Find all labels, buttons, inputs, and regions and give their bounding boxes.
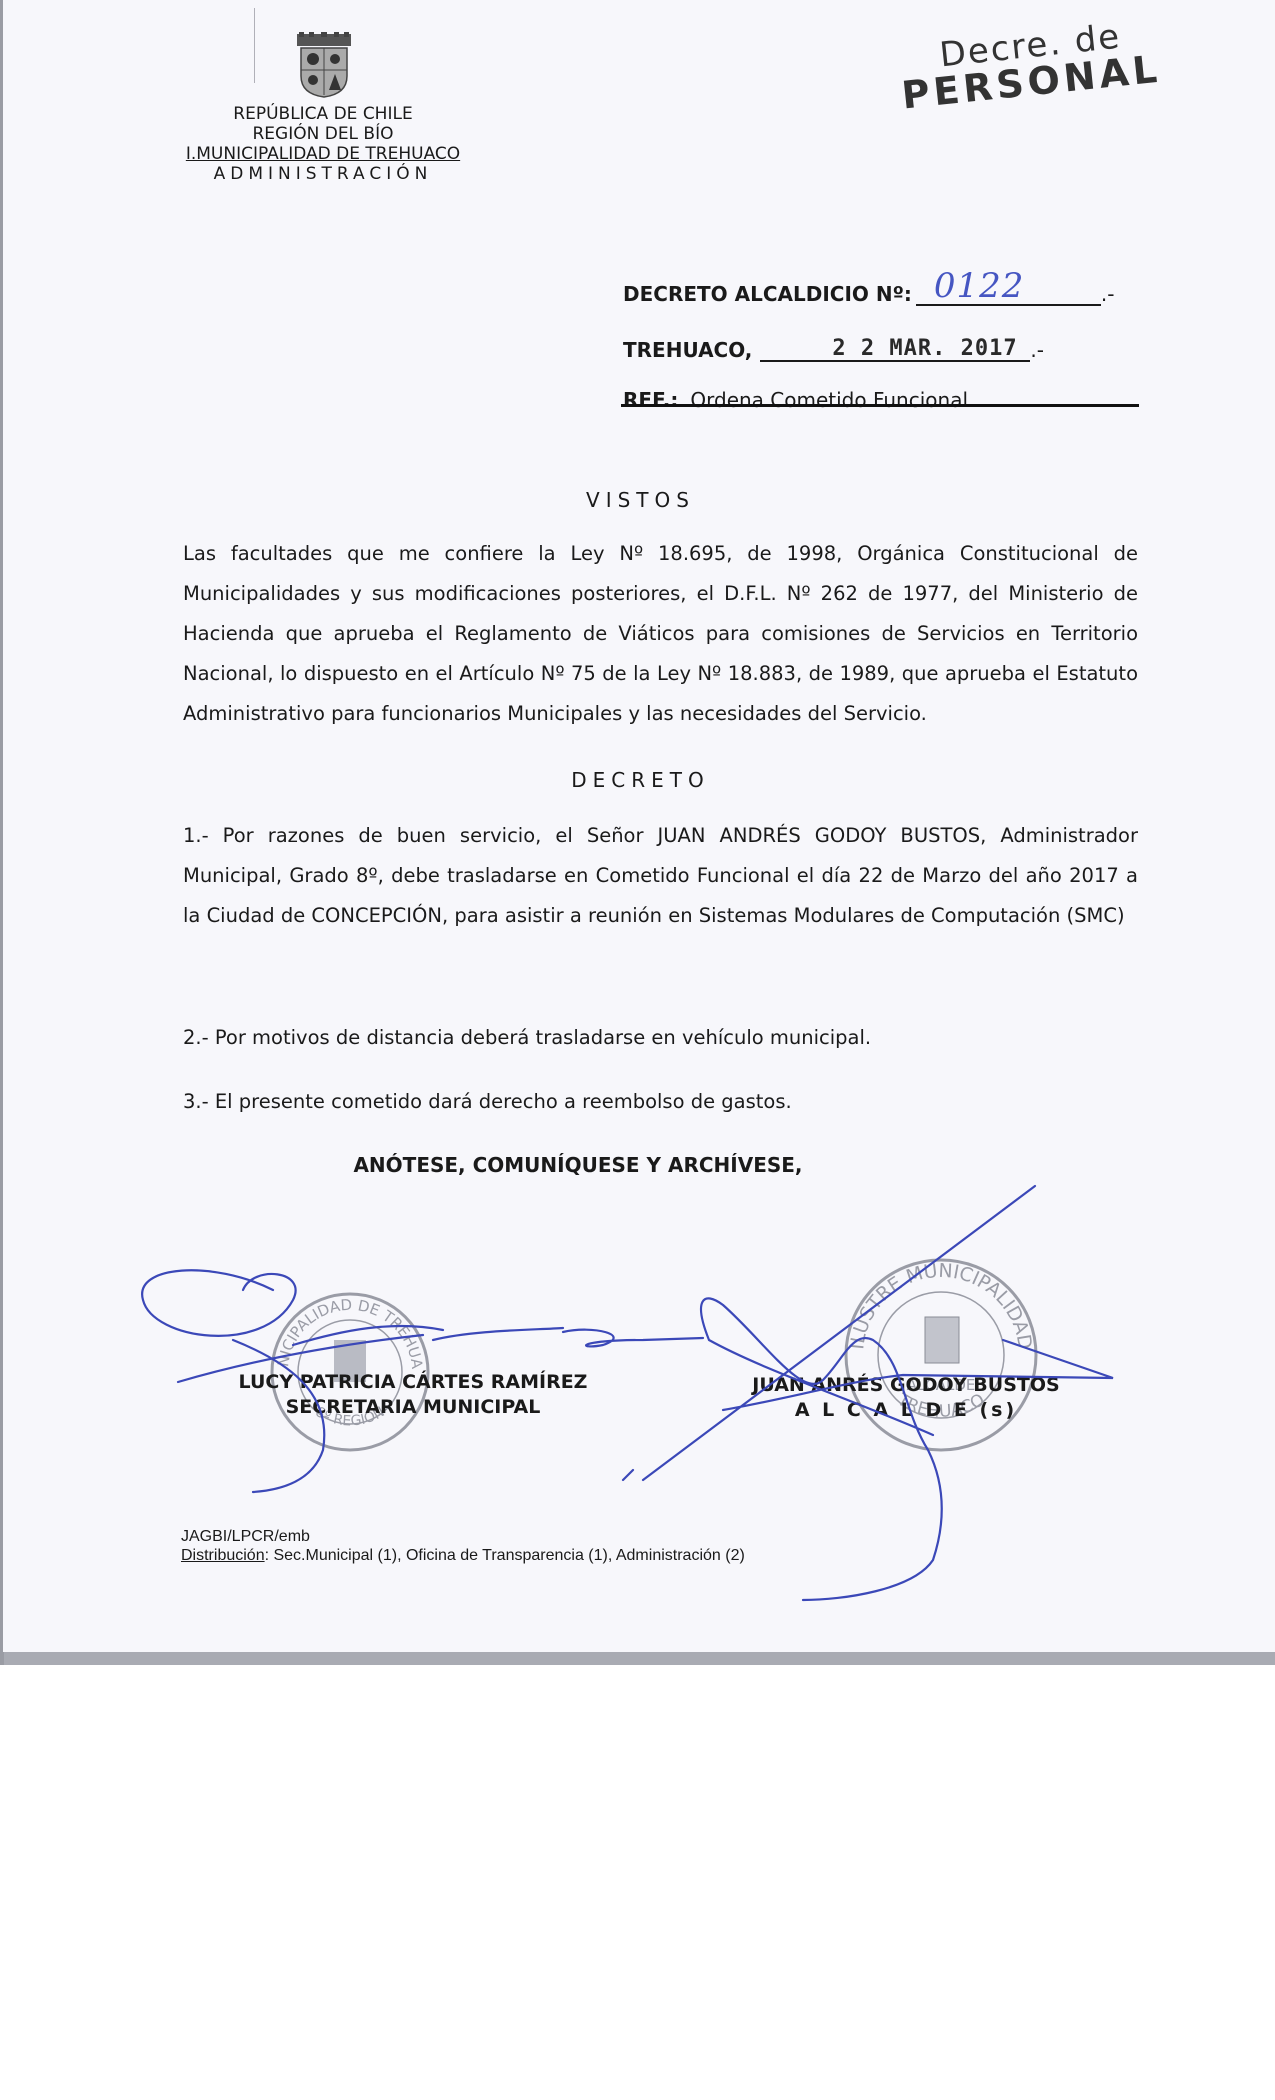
mayor-name: JUAN ANRÉS GODOY BUSTOS [731, 1373, 1081, 1398]
decree-number-suffix: .- [1101, 282, 1115, 306]
vistos-heading: VISTOS [3, 488, 1275, 512]
secretary-name: LUCY PATRICIA CÁRTES RAMÍREZ [223, 1370, 603, 1395]
ref-label: REF.: [623, 388, 678, 412]
municipality-line: I.MUNICIPALIDAD DE TREHUACO [143, 144, 503, 164]
fold-mark [254, 8, 255, 83]
decreto-item-3: 3.- El presente cometido dará derecho a … [183, 1082, 1138, 1122]
department-line: ADMINISTRACIÓN [143, 164, 503, 184]
decreto-item-1: 1.- Por razones de buen servicio, el Señ… [183, 816, 1138, 936]
secretary-title: SECRETARIA MUNICIPAL [223, 1395, 603, 1420]
distribution-label: Distribución [181, 1547, 265, 1564]
date-field: 2 2 MAR. 2017 [760, 334, 1030, 362]
vistos-paragraph: Las facultades que me confiere la Ley Nº… [183, 534, 1138, 734]
decreto-heading: DECRETO [3, 768, 1275, 792]
decreto-item-2: 2.- Por motivos de distancia deberá tras… [183, 1018, 1138, 1058]
decree-number-field: 0122 [916, 278, 1101, 306]
personnel-stamp: Decre. de PERSONAL [896, 10, 1196, 150]
distribution-line: Distribución: Sec.Municipal (1), Oficina… [181, 1546, 745, 1565]
decree-meta: DECRETO ALCALDICIO Nº: 0122 .- TREHUACO,… [623, 262, 1143, 412]
date-row: TREHUACO, 2 2 MAR. 2017 .- [623, 318, 1143, 362]
distribution-footer: JAGBI/LPCR/emb Distribución: Sec.Municip… [181, 1527, 745, 1565]
distribution-value: : Sec.Municipal (1), Oficina de Transpar… [265, 1547, 745, 1564]
ref-value: Ordena Cometido Funcional. [690, 388, 974, 412]
country-line: REPÚBLICA DE CHILE [143, 104, 503, 124]
decree-number-value: 0122 [934, 266, 1025, 306]
date-stamp-value: 2 2 MAR. 2017 [832, 336, 1017, 361]
secretary-signature-block: LUCY PATRICIA CÁRTES RAMÍREZ SECRETARIA … [223, 1370, 603, 1420]
decree-number-label: DECRETO ALCALDICIO Nº: [623, 282, 912, 306]
decree-number-row: DECRETO ALCALDICIO Nº: 0122 .- [623, 262, 1143, 306]
region-line: REGIÓN DEL BÍO [143, 124, 503, 144]
initials: JAGBI/LPCR/emb [181, 1527, 745, 1546]
date-suffix: .- [1030, 338, 1044, 362]
issuer-block: REPÚBLICA DE CHILE REGIÓN DEL BÍO I.MUNI… [143, 104, 503, 184]
ref-underline [621, 404, 1139, 407]
mayor-signature-block: JUAN ANRÉS GODOY BUSTOS A L C A L D E (s… [731, 1373, 1081, 1423]
place-label: TREHUACO, [623, 338, 752, 362]
mayor-seal-icon: ILUSTRE MUNICIPALIDAD ALCALDE TREHUACO [841, 1255, 1041, 1455]
mayor-title: A L C A L D E (s) [731, 1398, 1081, 1423]
municipal-coat-of-arms-icon [293, 32, 355, 98]
closing-formula: ANÓTESE, COMUNÍQUESE Y ARCHÍVESE, [3, 1153, 1153, 1177]
document-page: REPÚBLICA DE CHILE REGIÓN DEL BÍO I.MUNI… [3, 0, 1275, 1652]
